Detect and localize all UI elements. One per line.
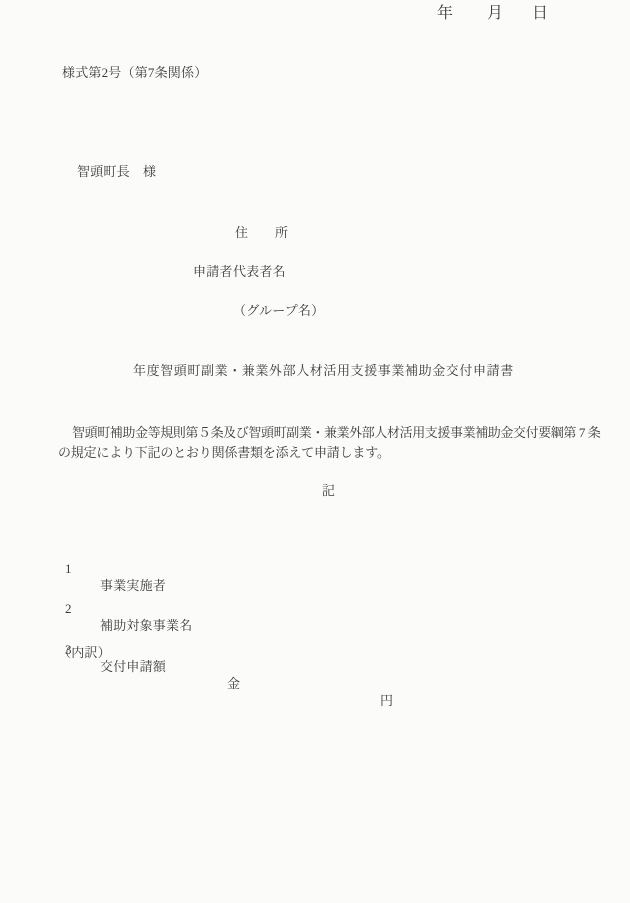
- item-row-business-operator: 1 事業実施者: [0, 543, 630, 560]
- item-number: 2: [65, 600, 72, 617]
- item-number: 1: [65, 560, 72, 577]
- body-paragraph-line-2: の規定により下記のとおり関係書類を添えて申請します。: [58, 444, 390, 461]
- form-number: 様式第2号（第7条関係）: [62, 64, 207, 81]
- date-month-label: 月: [487, 0, 503, 23]
- item-row-subsidized-project-name: 2 補助対象事業名: [0, 583, 630, 600]
- amount-prefix-label: 金: [227, 675, 240, 692]
- ki-heading: 記: [322, 482, 335, 499]
- address-label-first: 住: [235, 224, 248, 241]
- applicant-label: 申請者: [193, 263, 233, 280]
- date-line: 年 月 日: [0, 0, 630, 17]
- addressee-honorific: 様: [143, 163, 156, 180]
- representative-name-label: 代表者名: [233, 263, 286, 280]
- application-form-page: 様式第2号（第7条関係） 年 月 日 智頭町長 様 住 所 申請者 代表者名 （…: [0, 0, 630, 903]
- body-paragraph-line-1: 智頭町補助金等規則第５条及び智頭町副業・兼業外部人材活用支援事業補助金交付要綱第…: [72, 424, 600, 441]
- addressee-name: 智頭町長: [77, 163, 130, 180]
- date-year-label: 年: [437, 0, 453, 23]
- breakdown-label: （内訳）: [58, 644, 111, 661]
- group-name-label: （グループ名）: [233, 302, 324, 319]
- document-title: 年度智頭町副業・兼業外部人材活用支援事業補助金交付申請書: [133, 362, 514, 379]
- amount-suffix-label: 円: [380, 692, 393, 709]
- address-label-second: 所: [275, 224, 288, 241]
- date-day-label: 日: [532, 0, 548, 23]
- item-row-application-amount: 3 交付申請額 金 円: [0, 624, 630, 641]
